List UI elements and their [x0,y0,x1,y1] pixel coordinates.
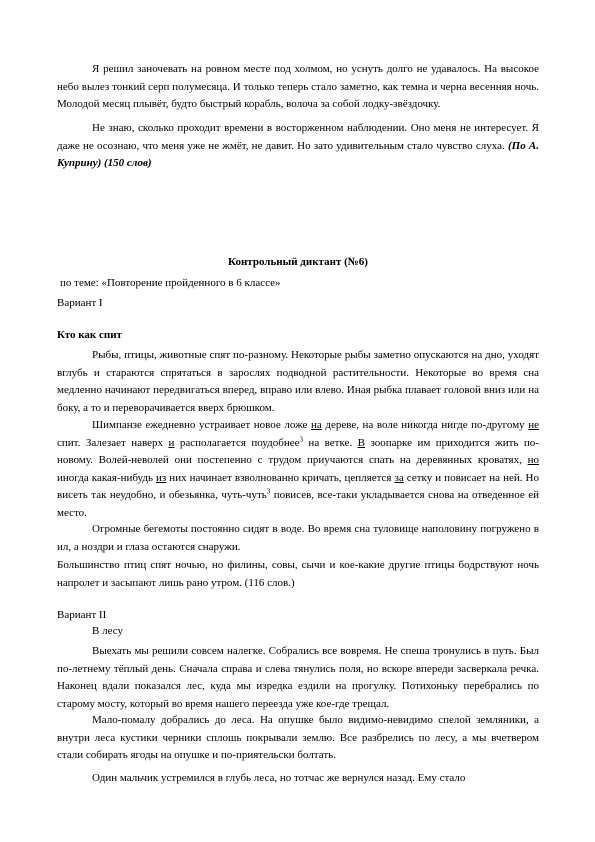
underlined-word: не [528,419,539,431]
intro-paragraph-2-text: Не знаю, сколько проходит времени в вост… [57,122,539,152]
dictation-title: Контрольный диктант (№6) [57,254,539,272]
text-segment: Шимпанзе ежедневно устраивает новое ложе [92,419,311,431]
document-page: Я решил заночевать на ровном месте под х… [0,0,595,842]
intro-paragraph-1: Я решил заночевать на ровном месте под х… [57,61,539,114]
underlined-word: на [311,419,322,431]
underlined-word: В [358,437,365,449]
text-segment: иногда какая-нибудь [57,472,156,484]
text-segment: дереве, на воле никогда нигде по-другому [322,419,528,431]
variant-1-paragraph-3: Огромные бегемоты постоянно сидят в воде… [57,521,539,556]
variant-2-heading: В лесу [92,623,539,641]
intro-paragraph-2: Не знаю, сколько проходит времени в вост… [57,120,539,173]
text-segment: них начинает взволнованно кричать, цепля… [166,472,394,484]
text-segment: располагается поудобнее [174,437,299,449]
variant-2-paragraph-2: Мало-помалу добрались до леса. На опушке… [57,712,539,765]
variant-2-label: Вариант II [57,607,539,625]
text-segment: спит. Залезает наверх [57,437,168,449]
variant-2-paragraph-3: Один мальчик устремился в глубь леса, но… [57,770,539,788]
variant-1-paragraph-4: Большинство птиц спят ночью, но филины, … [57,557,539,592]
text-segment: на ветке. [303,437,358,449]
underlined-word: из [156,472,166,484]
underlined-word: но [528,454,539,466]
variant-1-paragraph-1: Рыбы, птицы, животные спят по-разному. Н… [57,347,539,417]
dictation-topic: по теме: «Повторение пройденного в 6 кла… [60,275,542,293]
underlined-word: за [395,472,404,484]
variant-2-paragraph-1: Выехать мы решили совсем налегке. Собрал… [57,643,539,713]
variant-1-label: Вариант I [57,295,539,313]
variant-1-heading: Кто как спит [57,327,539,345]
variant-1-paragraph-2: Шимпанзе ежедневно устраивает новое ложе… [57,417,539,522]
